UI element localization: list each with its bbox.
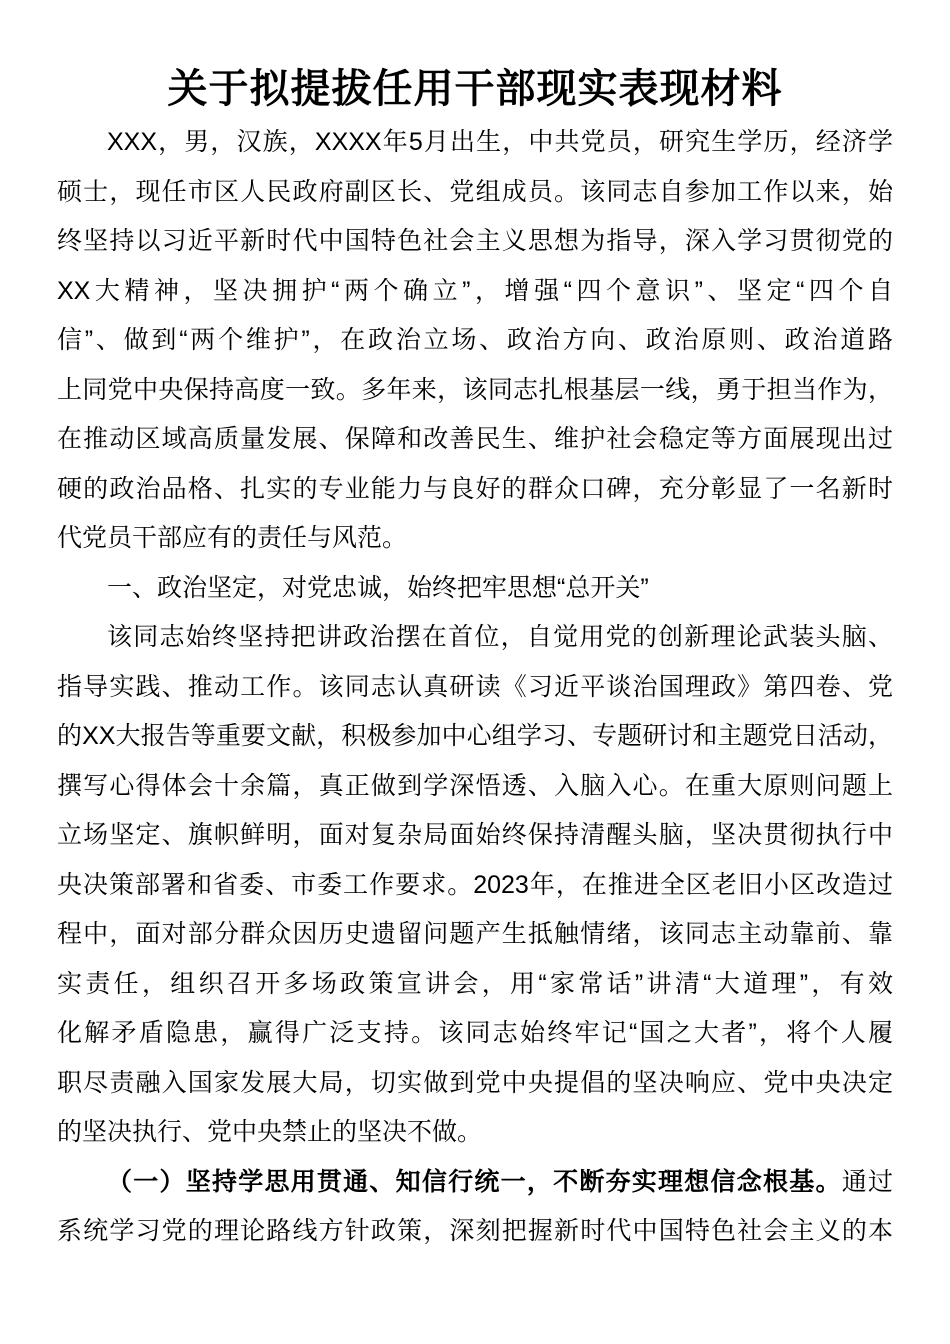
text-line: 上同党中央保持高度一致。多年来，该同志扎根基层一线，勇于担当作为， [57, 366, 893, 416]
text-run: XXX，男，汉族，XXXX年5月出生，中共党员，研究生学历，经济学 [107, 128, 893, 156]
text-line: 硬的政治品格、扎实的专业能力与良好的群众口碑，充分彰显了一名新时 [57, 465, 893, 515]
text-line: 在推动区域高质量发展、保障和改善民生、维护社会稳定等方面展现出过 [57, 415, 893, 465]
text-run: 的坚决执行、党中央禁止的坚决不做。 [57, 1118, 482, 1146]
text-line: 央决策部署和省委、市委工作要求。2023年，在推进全区老旧小区改造过 [57, 861, 893, 911]
text-run: 代党员干部应有的责任与风范。 [57, 524, 407, 552]
text-run: 硕士，现任市区人民政府副区长、党组成员。该同志自参加工作以来，始 [57, 178, 893, 206]
text-line: 硕士，现任市区人民政府副区长、党组成员。该同志自参加工作以来，始 [57, 168, 893, 218]
document-title: 关于拟提拔任用干部现实表现材料 [57, 64, 893, 114]
paragraph: XXX，男，汉族，XXXX年5月出生，中共党员，研究生学历，经济学硕士，现任市区… [57, 118, 893, 564]
text-run: 通过 [842, 1168, 893, 1196]
text-line: XX大精神，坚决拥护“两个确立”，增强“四个意识”、坚定“四个自 [57, 267, 893, 317]
text-line: 实责任，组织召开多场政策宣讲会，用“家常话”讲清“大道理”，有效 [57, 960, 893, 1010]
text-run: 的XX大报告等重要文献，积极参加中心组学习、专题研讨和主题党日活动， [57, 722, 893, 750]
text-line: 的坚决执行、党中央禁止的坚决不做。 [57, 1108, 893, 1158]
text-run: 系统学习党的理论路线方针政策，深刻把握新时代中国特色社会主义的本 [57, 1217, 893, 1245]
paragraph: （一）坚持学思用贯通、知信行统一，不断夯实理想信念根基。通过系统学习党的理论路线… [57, 1158, 893, 1257]
text-run: 撰写心得体会十余篇，真正做到学深悟透、入脑入心。在重大原则问题上 [57, 772, 893, 800]
bold-run: （一）坚持学思用贯通、知信行统一，不断夯实理想信念根基。 [107, 1168, 842, 1196]
text-run: 硬的政治品格、扎实的专业能力与良好的群众口碑，充分彰显了一名新时 [57, 475, 893, 503]
text-line: （一）坚持学思用贯通、知信行统一，不断夯实理想信念根基。通过 [57, 1158, 893, 1208]
text-run: 程中，面对部分群众因历史遗留问题产生抵触情绪，该同志主动靠前、靠 [57, 920, 893, 948]
text-line: 程中，面对部分群众因历史遗留问题产生抵触情绪，该同志主动靠前、靠 [57, 910, 893, 960]
text-run: 实责任，组织召开多场政策宣讲会，用“家常话”讲清“大道理”，有效 [57, 970, 893, 998]
text-line: 的XX大报告等重要文献，积极参加中心组学习、专题研讨和主题党日活动， [57, 712, 893, 762]
text-run: 终坚持以习近平新时代中国特色社会主义思想为指导，深入学习贯彻党的 [57, 227, 893, 255]
text-run: 信”、做到“两个维护”，在政治立场、政治方向、政治原则、政治道路 [57, 326, 893, 354]
text-line: 该同志始终坚持把讲政治摆在首位，自觉用党的创新理论武装头脑、 [57, 613, 893, 663]
text-run: 化解矛盾隐患，赢得广泛支持。该同志始终牢记“国之大者”，将个人履 [57, 1019, 893, 1047]
document-page: 关于拟提拔任用干部现实表现材料 XXX，男，汉族，XXXX年5月出生，中共党员，… [0, 0, 950, 1344]
text-run: 央决策部署和省委、市委工作要求。2023年，在推进全区老旧小区改造过 [57, 871, 893, 899]
document-content: 关于拟提拔任用干部现实表现材料 XXX，男，汉族，XXXX年5月出生，中共党员，… [0, 0, 950, 1257]
text-line: 职尽责融入国家发展大局，切实做到党中央提倡的坚决响应、党中央决定 [57, 1059, 893, 1109]
document-body: XXX，男，汉族，XXXX年5月出生，中共党员，研究生学历，经济学硕士，现任市区… [57, 118, 893, 1257]
text-run: 上同党中央保持高度一致。多年来，该同志扎根基层一线，勇于担当作为， [57, 376, 893, 404]
text-line: 撰写心得体会十余篇，真正做到学深悟透、入脑入心。在重大原则问题上 [57, 762, 893, 812]
text-run: 职尽责融入国家发展大局，切实做到党中央提倡的坚决响应、党中央决定 [57, 1069, 893, 1097]
text-line: 立场坚定、旗帜鲜明，面对复杂局面始终保持清醒头脑，坚决贯彻执行中 [57, 811, 893, 861]
text-run: 该同志始终坚持把讲政治摆在首位，自觉用党的创新理论武装头脑、 [107, 623, 893, 651]
text-run: XX大精神，坚决拥护“两个确立”，增强“四个意识”、坚定“四个自 [57, 277, 893, 305]
text-run: 立场坚定、旗帜鲜明，面对复杂局面始终保持清醒头脑，坚决贯彻执行中 [57, 821, 893, 849]
text-line: 终坚持以习近平新时代中国特色社会主义思想为指导，深入学习贯彻党的 [57, 217, 893, 267]
text-line: 系统学习党的理论路线方针政策，深刻把握新时代中国特色社会主义的本 [57, 1207, 893, 1257]
text-line: XXX，男，汉族，XXXX年5月出生，中共党员，研究生学历，经济学 [57, 118, 893, 168]
text-line: 指导实践、推动工作。该同志认真研读《习近平谈治国理政》第四卷、党 [57, 663, 893, 713]
text-line: 一、政治坚定，对党忠诚，始终把牢思想“总开关” [57, 564, 893, 614]
text-line: 代党员干部应有的责任与风范。 [57, 514, 893, 564]
paragraph: 该同志始终坚持把讲政治摆在首位，自觉用党的创新理论武装头脑、指导实践、推动工作。… [57, 613, 893, 1158]
text-run: 指导实践、推动工作。该同志认真研读《习近平谈治国理政》第四卷、党 [57, 673, 893, 701]
text-run: 在推动区域高质量发展、保障和改善民生、维护社会稳定等方面展现出过 [57, 425, 893, 453]
text-line: 化解矛盾隐患，赢得广泛支持。该同志始终牢记“国之大者”，将个人履 [57, 1009, 893, 1059]
section-heading: 一、政治坚定，对党忠诚，始终把牢思想“总开关” [57, 564, 893, 614]
text-run: 一、政治坚定，对党忠诚，始终把牢思想“总开关” [107, 574, 649, 602]
text-line: 信”、做到“两个维护”，在政治立场、政治方向、政治原则、政治道路 [57, 316, 893, 366]
